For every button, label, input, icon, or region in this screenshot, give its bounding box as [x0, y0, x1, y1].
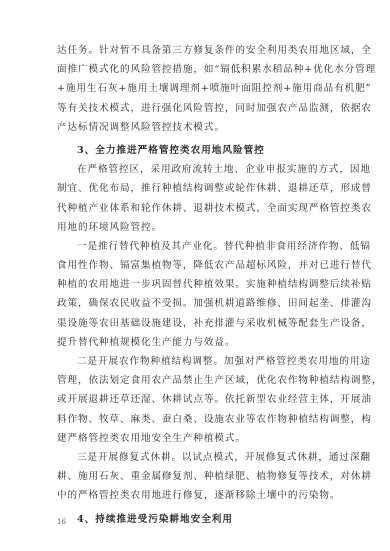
text-line: 提升替代种植规模化生产能力与效益。 — [57, 333, 333, 352]
text-line: 制宜、优化布局，推行种植结构调整或轮作休耕、退耕还草，形成替 — [57, 179, 333, 198]
text-line: 代种植产业体系和轮作休耕、退耕技术模式，全面实现严格管控类农 — [57, 199, 333, 218]
text-line: +施用生石灰+施用土壤调理剂+喷施叶面阻控剂+施用商品有机肥” — [57, 79, 333, 98]
text-line: 种植的农用地进一步巩固替代种植效果。实施种植结构调整后续补贴 — [57, 275, 333, 294]
paragraph-substitute-planting: 一是推行替代种植及其产业化。替代种植非食用经济作物、低镉 食用性作物、镉富集植物… — [57, 237, 333, 352]
text-line: 用地的环境风险管控。 — [57, 218, 333, 237]
text-line: 食用性作物、镉富集植物等，降低农产品超标风险，并对已进行替代 — [57, 256, 333, 275]
text-line: 二是开展农作物种植结构调整。加强对严格管控类农用地的用途 — [57, 352, 333, 371]
paragraph-continuation: 达任务。针对暂不具备第三方修复条件的安全利用类农用地区域，全 面推广模式化的风险… — [57, 41, 333, 137]
text-line: 或开展退耕还草还湿、休耕试点等。依托新型农业经营主体，开展油 — [57, 390, 333, 409]
text-line: 料作物、牧草、麻类、蚕白桑、设施农业等农作物种植结构调整，构 — [57, 410, 333, 429]
text-line: 一是推行替代种植及其产业化。替代种植非食用经济作物、低镉 — [57, 237, 333, 256]
section-heading-3: 3、全力推进严格管控类农用地风险管控 — [57, 141, 333, 160]
section-heading-4: 4、持续推进受污染耕地安全利用 — [57, 510, 333, 529]
paragraph-crop-structure: 二是开展农作物种植结构调整。加强对严格管控类农用地的用途 管理，依法划定食用农产… — [57, 352, 333, 448]
text-line: 中的严格管控类农用地进行修复，逐渐移除土壤中的污染物。 — [57, 486, 333, 505]
text-line: 产达标情况调整风险管控技术模式。 — [57, 118, 333, 137]
text-line: 面推广模式化的风险管控措施，如“镉低积累水稻品种+优化水分管理 — [57, 60, 333, 79]
document-page: 达任务。针对暂不具备第三方修复条件的安全利用类农用地区域，全 面推广模式化的风险… — [0, 0, 390, 551]
text-line: 管理，依法划定食用农产品禁止生产区域，优化农作物种植结构调整， — [57, 371, 333, 390]
text-line: 三是开展修复式休耕。以试点模式，开展修复式休耕，通过深翻 — [57, 448, 333, 467]
text-line: 达任务。针对暂不具备第三方修复条件的安全利用类农用地区域，全 — [57, 41, 333, 60]
text-line: 渠设施等农田基础设施建设，补充排灌与采收机械等配套生产设备， — [57, 314, 333, 333]
text-line: 在严格管控区，采用政府流转土地、企业申报实施的方式，因地 — [57, 160, 333, 179]
page-content: 达任务。针对暂不具备第三方修复条件的安全利用类农用地区域，全 面推广模式化的风险… — [57, 41, 333, 529]
page-number: 16 — [57, 518, 66, 526]
paragraph-restorative-fallow: 三是开展修复式休耕。以试点模式，开展修复式休耕，通过深翻 耕、施用石灰、重金属修… — [57, 448, 333, 506]
text-line: 耕、施用石灰、重金属修复剂、种植绿肥、植物修复等技术，对休耕 — [57, 467, 333, 486]
text-line: 建严格管控类农用地安全生产种植模式。 — [57, 429, 333, 448]
text-line: 等有关技术模式，进行强化风险管控，同时加强农产品监测，依据农 — [57, 99, 333, 118]
text-line: 政策，确保农民收益不受损。加强机耕道路维修、田间起垄、排灌沟 — [57, 294, 333, 313]
paragraph-strict-control-intro: 在严格管控区，采用政府流转土地、企业申报实施的方式，因地 制宜、优化布局，推行种… — [57, 160, 333, 237]
